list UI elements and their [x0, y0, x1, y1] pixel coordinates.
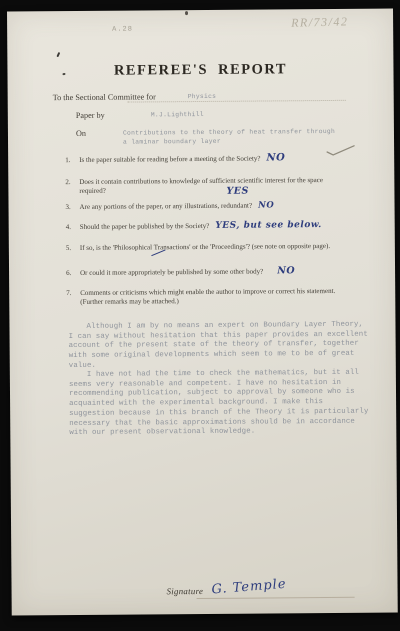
signature-line: [197, 597, 355, 599]
page-title: REFEREE'S REPORT: [7, 60, 393, 80]
question-text: Are any portions of the paper, or any il…: [80, 201, 348, 212]
subject-value: Contributions to the theory of heat tran…: [123, 128, 338, 147]
pencil-check-icon: [326, 145, 356, 157]
handwritten-answer: NO: [277, 265, 295, 276]
paper-by-label: Paper by: [76, 111, 105, 120]
questions: 1. Is the paper suitable for reading bef…: [7, 8, 393, 11]
subject-label: On: [76, 129, 86, 138]
question-text: Or could it more appropriately be publis…: [80, 267, 348, 278]
handwritten-answer: NO: [258, 200, 274, 210]
question-number: 2.: [65, 178, 70, 187]
question-number: 1.: [65, 156, 70, 165]
handwritten-answer: YES, but see below.: [215, 220, 322, 231]
comments-text-1: Although I am by no means an expert on B…: [68, 321, 370, 372]
dotted-fill-line: [128, 100, 346, 103]
signature-handwritten: G. Temple: [211, 577, 287, 598]
archive-reference-pencil: RR/73/42: [291, 14, 349, 30]
question-text: Is the paper suitable for reading before…: [79, 154, 347, 165]
question-number: 4.: [66, 223, 71, 232]
question-row: 3. Are any portions of the paper, or any…: [66, 201, 376, 212]
comments-paragraph-1: Although I am by no means an expert on B…: [68, 321, 370, 372]
question-row: 6. Or could it more appropriately be pub…: [66, 267, 376, 278]
comments-text-2: I have not had the time to check the mat…: [69, 369, 372, 439]
paper-by-value: M.J.Lighthill: [151, 111, 204, 118]
question-row: 4. Should the paper be published by the …: [66, 221, 376, 232]
referee-report-page: A.28 RR/73/42 REFEREE'S REPORT To the Se…: [7, 8, 398, 615]
ink-speck: [56, 52, 60, 57]
question-row: 7. Comments or criticisms which might en…: [66, 287, 376, 307]
question-text: If so, is the 'Philosophical Transaction…: [80, 242, 348, 253]
committee-value: Physics: [188, 93, 217, 100]
form-number: A.28: [112, 26, 133, 34]
question-text: Comments or criticisms which might enabl…: [80, 287, 348, 306]
question-row: 2. Does it contain contributions to know…: [65, 176, 375, 196]
question-number: 7.: [66, 289, 71, 298]
question-text: Should the paper be published by the Soc…: [80, 221, 348, 232]
question-text: Does it contain contributions to knowled…: [79, 176, 347, 195]
handwritten-answer: YES: [226, 188, 248, 197]
signature-label: Signature: [167, 586, 204, 596]
pin-hole-mark: [185, 11, 188, 15]
comments-paragraph-2: I have not had the time to check the mat…: [69, 369, 372, 439]
question-number: 3.: [66, 203, 71, 212]
question-row: 5. If so, is the 'Philosophical Transact…: [66, 242, 376, 253]
handwritten-answer: NO: [266, 152, 285, 163]
photo-background: A.28 RR/73/42 REFEREE'S REPORT To the Se…: [0, 0, 400, 631]
question-number: 6.: [66, 269, 71, 278]
question-number: 5.: [66, 244, 71, 253]
